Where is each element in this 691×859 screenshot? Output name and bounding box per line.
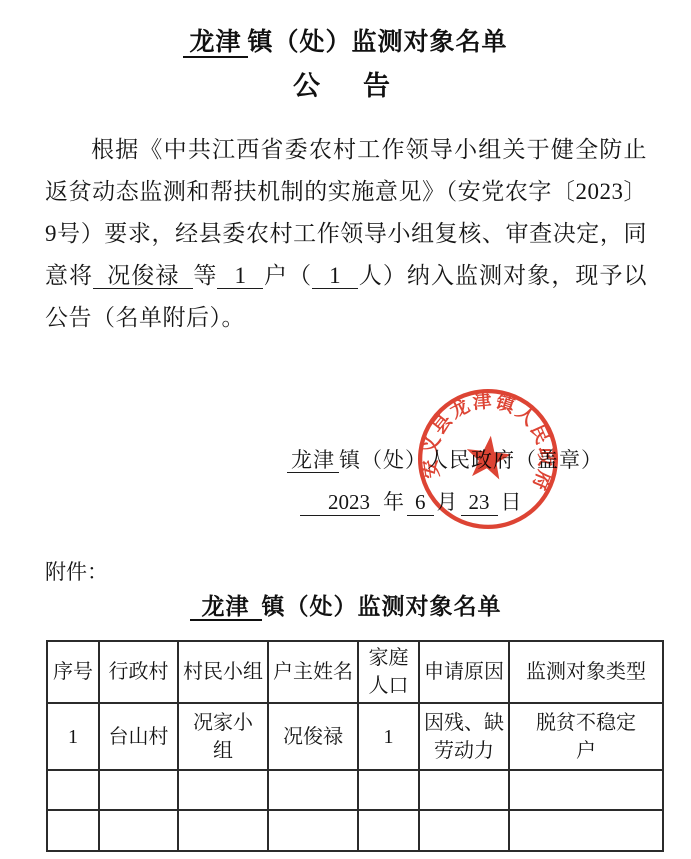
doc-title-rest: 镇（处）监测对象名单 (248, 28, 508, 56)
cell-empty (509, 810, 663, 851)
date-month-label: 月 (434, 490, 461, 514)
signature-date-line: 2023年6月23日 (300, 486, 525, 516)
table-title-town-blank: 龙津 (190, 593, 262, 621)
cell-empty (47, 770, 99, 810)
doc-title: 龙津镇（处）监测对象名单 (0, 22, 691, 58)
cell-empty (358, 770, 419, 810)
cell-empty (419, 770, 509, 810)
cell-apply-reason: 因残、缺劳动力 (419, 703, 509, 770)
seal-arc-text: 安义县龙津镇人民政府 (416, 382, 565, 496)
attachment-table-title: 龙津镇（处）监测对象名单 (0, 588, 691, 621)
table-header-row: 序号 行政村 村民小组 户主姓名 家庭人口 申请原因 监测对象类型 (47, 641, 663, 703)
announcement-document: 龙津镇（处）监测对象名单 公 告 根据《中共江西省委农村工作领导小组关于健全防止… (0, 0, 691, 859)
cell-empty (419, 810, 509, 851)
header-head-name: 户主姓名 (268, 641, 358, 703)
cell-empty (509, 770, 663, 810)
table-row: 1 台山村 况家小组 况俊禄 1 因残、缺劳动力 脱贫不稳定户 (47, 703, 663, 770)
cell-serial-no: 1 (47, 703, 99, 770)
cell-family-size: 1 (358, 703, 419, 770)
header-monitor-type: 监测对象类型 (509, 641, 663, 703)
announcement-body: 根据《中共江西省委农村工作领导小组关于健全防止返贫动态监测和帮扶机制的实施意见》… (45, 129, 647, 339)
table-title-rest: 镇（处）监测对象名单 (262, 593, 502, 619)
blank-household-name: 况俊禄 (93, 263, 193, 289)
blank-household-count: 1 (217, 263, 263, 289)
cell-empty (47, 810, 99, 851)
date-day-label: 日 (498, 490, 525, 514)
cell-villager-group: 况家小组 (178, 703, 268, 770)
signature-org-rest: 镇（处）人民政府（盖章） (339, 448, 603, 472)
cell-head-name: 况俊禄 (268, 703, 358, 770)
cell-empty (268, 810, 358, 851)
date-year: 2023 (300, 490, 380, 516)
date-month: 6 (407, 490, 434, 516)
date-day: 23 (461, 490, 498, 516)
blank-people-count: 1 (312, 263, 358, 289)
doc-subtitle: 公 告 (0, 64, 691, 103)
cell-empty (99, 770, 178, 810)
table-row-empty (47, 810, 663, 851)
table-row-empty (47, 770, 663, 810)
doc-title-town-blank: 龙津 (183, 28, 247, 58)
cell-admin-village: 台山村 (99, 703, 178, 770)
attachment-label: 附件： (45, 556, 108, 586)
cell-empty (268, 770, 358, 810)
signature-org-line: 龙津镇（处）人民政府（盖章） (287, 444, 603, 474)
header-villager-group: 村民小组 (178, 641, 268, 703)
header-serial-no: 序号 (47, 641, 99, 703)
body-segment-2: 等 (193, 263, 217, 288)
monitoring-roster-table: 序号 行政村 村民小组 户主姓名 家庭人口 申请原因 监测对象类型 1 台山村 … (46, 640, 664, 852)
body-segment-3: 户（ (263, 263, 312, 288)
signature-town-blank: 龙津 (287, 448, 339, 473)
cell-empty (178, 770, 268, 810)
cell-empty (99, 810, 178, 851)
date-year-label: 年 (380, 490, 407, 514)
header-family-size: 家庭人口 (358, 641, 419, 703)
header-apply-reason: 申请原因 (419, 641, 509, 703)
cell-empty (358, 810, 419, 851)
header-admin-village: 行政村 (99, 641, 178, 703)
cell-monitor-type: 脱贫不稳定户 (509, 703, 663, 770)
cell-empty (178, 810, 268, 851)
